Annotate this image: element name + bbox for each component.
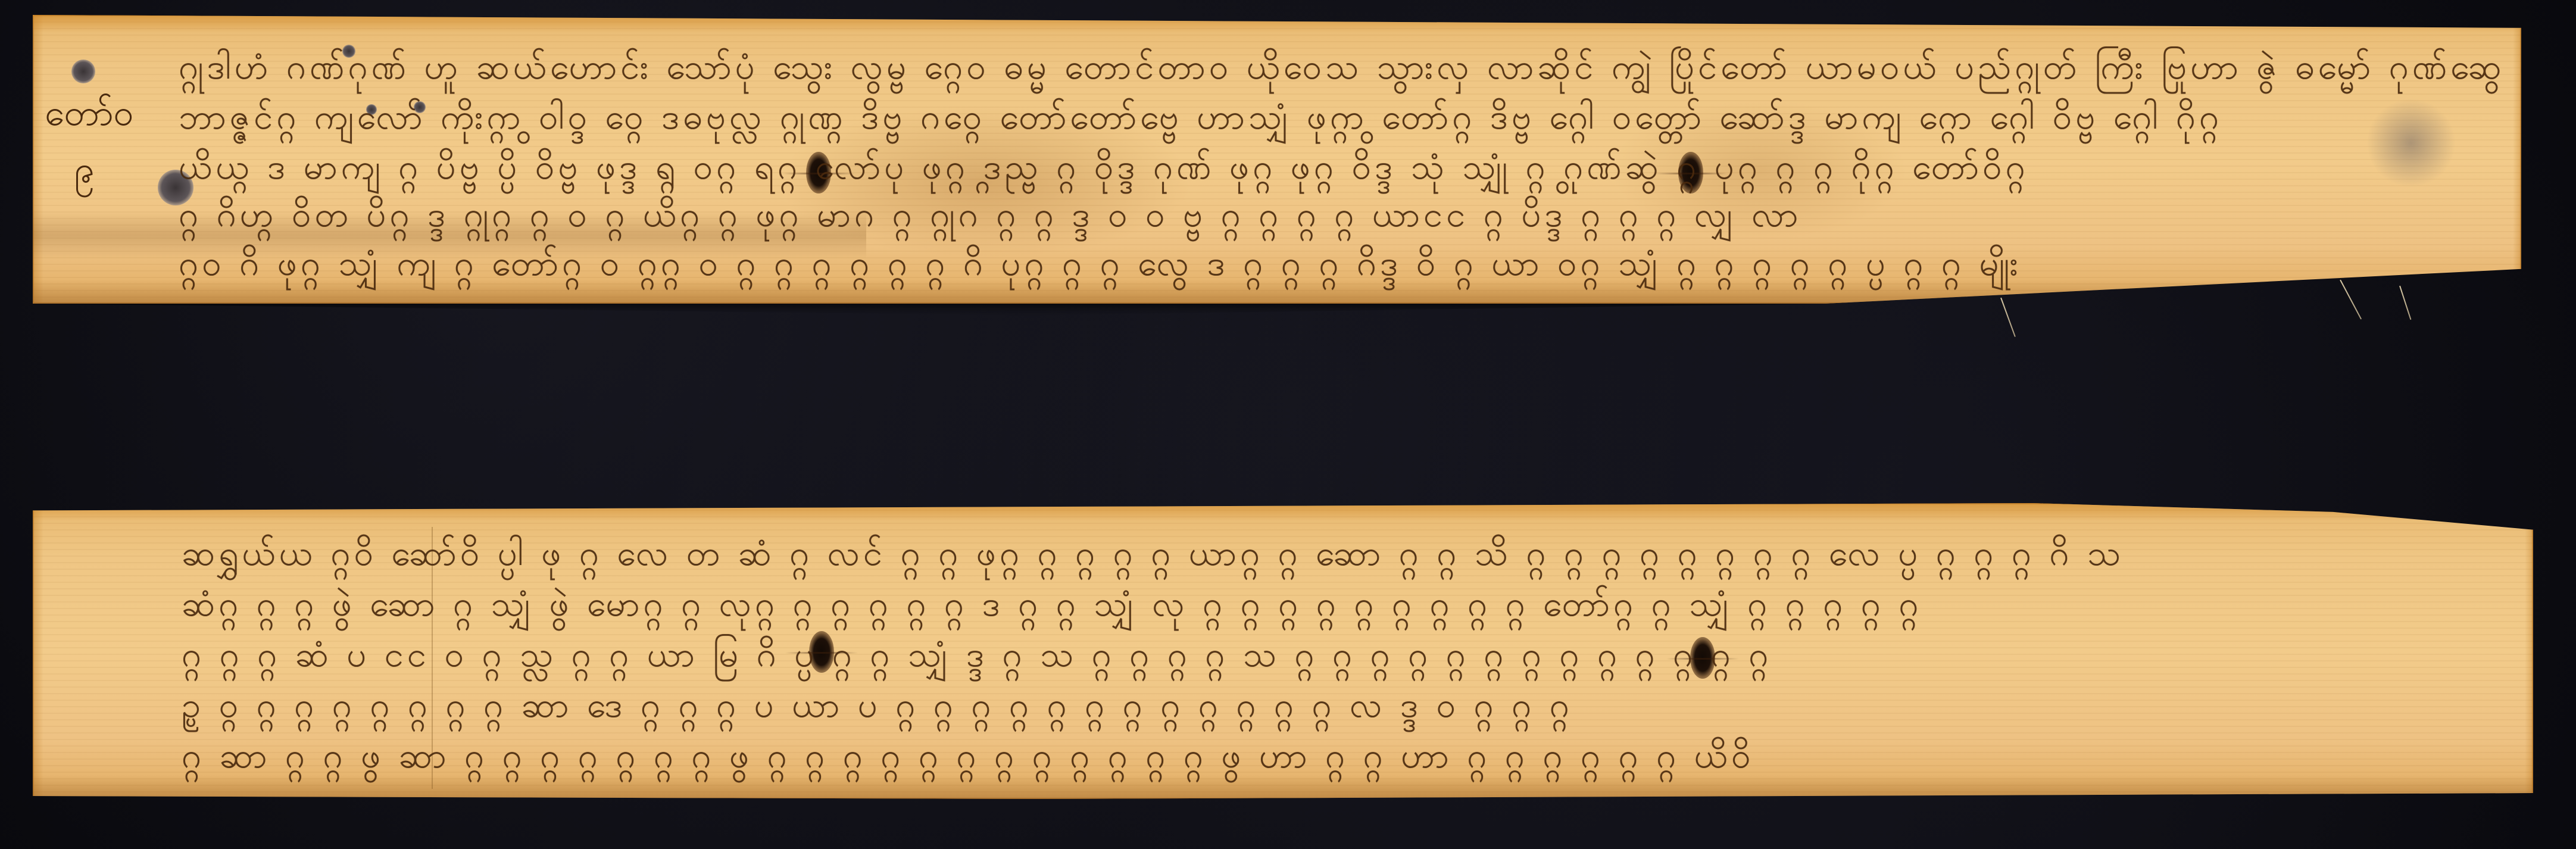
text-line: ဂ္ဂုဒါဟံ ဂဏ်ဂုဏ် ဟူ ဆယ်ဟောင်း သော်ပုံ သွ…: [179, 49, 2521, 84]
text-line: ဂ္ဂ ဆာ ဂ္ဂ ဂ္ဂ ဖွ ဆာ ဂ္ဂ ဂ္ဂ ဂ္ဂ ဂ္ဂ ဂ္ဂ…: [182, 738, 1754, 773]
text-line: ဘာဇ္ဇင်ဂ္ဂ ကျလော် ကိုးဂ္ဂွာ ဝါဝ္ဒ ဝ္ဂေ ဒ…: [179, 99, 2222, 134]
text-line: ဂ္ဂ ဂ္ဂ ဂ္ဂ ဆံ ပ ငင ဝ ဂ္ဂ သ္လ ဂ္ဂ ဂ္ဂ ယာ…: [182, 637, 1772, 672]
loose-fibre: [2340, 280, 2362, 320]
folio-number: ၉: [74, 152, 95, 188]
text-line: ဆရွှယ်ယ ဂ္ဂဝိ ဆော်ဝိ ပ္ပါ ဖု ဂ္ဂ လေ တ ဆံ…: [182, 536, 2124, 570]
text-line: ယိယ္ဂ ဒ မာကျ ဂ္ဂ ပိဗ္ဗ ပ္ပိ ဝိဗ္ဗ ဖုဒ္ဒ …: [179, 149, 2029, 184]
text-line: ဂ္ဂ ဂိဟ္ဂ ဝိတ ပိဂ္ဂ ဒ္ဒ ဂ္ဂုဂ္ဂ ဂ္ဂ ဝ ဂ္…: [179, 197, 1801, 232]
text-line: ဆံဂ္ဂ ဂ္ဂ ဂ္ဂ ဖွဲ ဆော ဂ္ဂ သျှံ ဖွဲ မောဂ္…: [182, 586, 1922, 621]
loose-fibre: [2000, 298, 2016, 337]
palm-leaf-folio-top: တော်ဝ ၉ ဂ္ဂုဒါဟံ ဂဏ်ဂုဏ် ဟူ ဆယ်ဟောင်း သေ…: [33, 15, 2521, 304]
text-line: ဥ္ပ ဝ္ဂ ဂ္ဂ ဂ္ဂ ဂ္ဂ ဂ္ဂ ဂ္ဂ ဂ္ဂ ဂ္ဂ ဆာ ဒ…: [182, 688, 1573, 722]
fingerprint-smudge: [2366, 98, 2456, 188]
text-line: ဂ္ဂဝ ဂိ ဖုဂ္ဂ သျှံ ကျ ဂ္ဂ တော်ဂ္ဂ ဝ ဂ္ဂဂ…: [179, 246, 2022, 280]
loose-fibre: [2399, 286, 2411, 320]
insect-hole: [71, 60, 95, 83]
palm-leaf-folio-bottom: ဆရွှယ်ယ ဂ္ဂဝိ ဆော်ဝိ ပ္ပါ ဖု ဂ္ဂ လေ တ ဆံ…: [33, 503, 2533, 799]
folio-mark-label: တော်ဝ: [45, 95, 133, 131]
